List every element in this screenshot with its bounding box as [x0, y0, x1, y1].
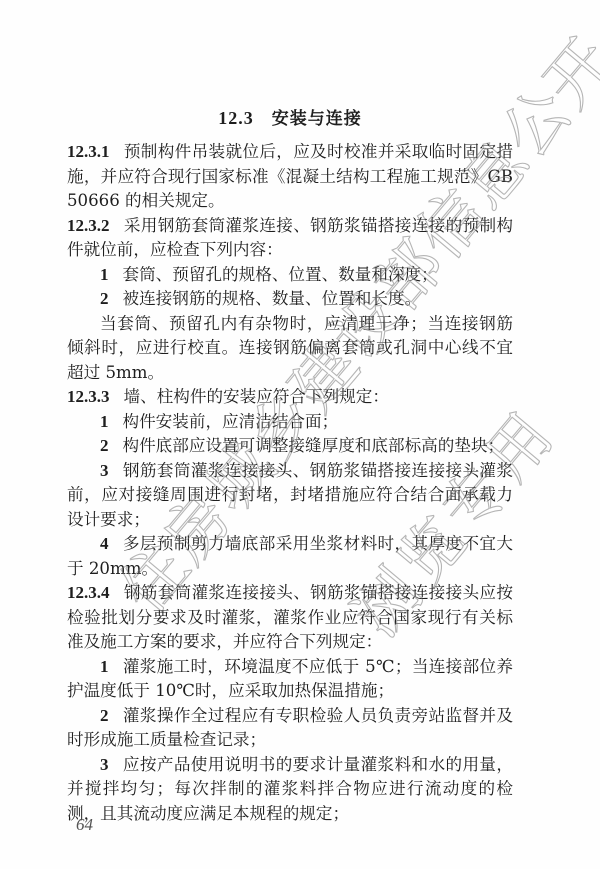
item-text: 钢筋套筒灌浆连接接头、钢筋浆锚搭接连接接头灌浆前，应对接缝周围进行封堵，封堵措施… [67, 461, 513, 529]
clause-12-3-3: 12.3.3墙、柱构件的安装应符合下列规定： [67, 385, 513, 410]
clause-12-3-1: 12.3.1预制构件吊装就位后，应及时校准并采取临时固定措施，并应符合现行国家标… [67, 140, 513, 214]
item-text: 灌浆操作全过程应有专职检验人员负责旁站监督并及时形成施工质量检查记录； [67, 706, 513, 750]
clause-number: 12.3.2 [67, 216, 110, 235]
list-item: 2灌浆操作全过程应有专职检验人员负责旁站监督并及时形成施工质量检查记录； [67, 704, 513, 753]
item-number: 4 [100, 534, 109, 553]
list-item: 3钢筋套筒灌浆连接接头、钢筋浆锚搭接连接接头灌浆前，应对接缝周围进行封堵，封堵措… [67, 459, 513, 533]
clause-text: 墙、柱构件的安装应符合下列规定： [124, 387, 390, 406]
clause-number: 12.3.1 [67, 142, 110, 161]
item-number: 2 [100, 706, 109, 725]
item-text: 套筒、预留孔的规格、位置、数量和深度； [123, 265, 438, 284]
list-item: 1构件安装前，应清洁结合面； [67, 410, 513, 435]
list-item: 1套筒、预留孔的规格、位置、数量和深度； [67, 263, 513, 288]
document-body: 12.3.1预制构件吊装就位后，应及时校准并采取临时固定措施，并应符合现行国家标… [67, 140, 513, 826]
clause-note: 当套筒、预留孔内有杂物时，应清理干净；当连接钢筋倾斜时，应进行校直。连接钢筋偏离… [67, 312, 513, 386]
item-text: 构件底部应设置可调整接缝厚度和底部标高的垫块； [123, 436, 505, 455]
clause-text: 钢筋套筒灌浆连接接头、钢筋浆锚搭接连接接头应按检验批划分要求及时灌浆，灌浆作业应… [67, 583, 513, 651]
item-text: 多层预制剪力墙底部采用坐浆材料时，其厚度不宜大于 20mm。 [67, 534, 513, 578]
page-number: 64 [76, 815, 93, 835]
clause-number: 12.3.3 [67, 387, 110, 406]
clause-text: 预制构件吊装就位后，应及时校准并采取临时固定措施，并应符合现行国家标准《混凝土结… [67, 142, 513, 210]
item-number: 3 [100, 461, 109, 480]
section-number: 12.3 [218, 108, 254, 128]
item-number: 1 [100, 657, 109, 676]
section-heading: 12.3安装与连接 [0, 104, 580, 129]
clause-text: 采用钢筋套筒灌浆连接、钢筋浆锚搭接连接的预制构件就位前，应检查下列内容： [67, 216, 513, 260]
document-page: 12.3安装与连接 12.3.1预制构件吊装就位后，应及时校准并采取临时固定措施… [0, 0, 600, 869]
item-number: 2 [100, 436, 109, 455]
list-item: 3应按产品使用说明书的要求计量灌浆料和水的用量，并搅拌均匀；每次拌制的灌浆料拌合… [67, 753, 513, 827]
item-text: 应按产品使用说明书的要求计量灌浆料和水的用量，并搅拌均匀；每次拌制的灌浆料拌合物… [67, 755, 513, 823]
clause-12-3-4: 12.3.4钢筋套筒灌浆连接接头、钢筋浆锚搭接连接接头应按检验批划分要求及时灌浆… [67, 581, 513, 655]
section-title: 安装与连接 [272, 109, 362, 129]
item-text: 构件安装前，应清洁结合面； [123, 412, 339, 431]
item-text: 被连接钢筋的规格、数量、位置和长度。 [123, 289, 422, 308]
clause-12-3-2: 12.3.2采用钢筋套筒灌浆连接、钢筋浆锚搭接连接的预制构件就位前，应检查下列内… [67, 214, 513, 263]
list-item: 2被连接钢筋的规格、数量、位置和长度。 [67, 287, 513, 312]
list-item: 2构件底部应设置可调整接缝厚度和底部标高的垫块； [67, 434, 513, 459]
item-number: 1 [100, 265, 109, 284]
item-number: 1 [100, 412, 109, 431]
list-item: 4多层预制剪力墙底部采用坐浆材料时，其厚度不宜大于 20mm。 [67, 532, 513, 581]
clause-number: 12.3.4 [67, 583, 110, 602]
item-number: 3 [100, 755, 109, 774]
item-number: 2 [100, 289, 109, 308]
item-text: 灌浆施工时，环境温度不应低于 5℃；当连接部位养护温度低于 10℃时，应采取加热… [67, 657, 513, 701]
list-item: 1灌浆施工时，环境温度不应低于 5℃；当连接部位养护温度低于 10℃时，应采取加… [67, 655, 513, 704]
